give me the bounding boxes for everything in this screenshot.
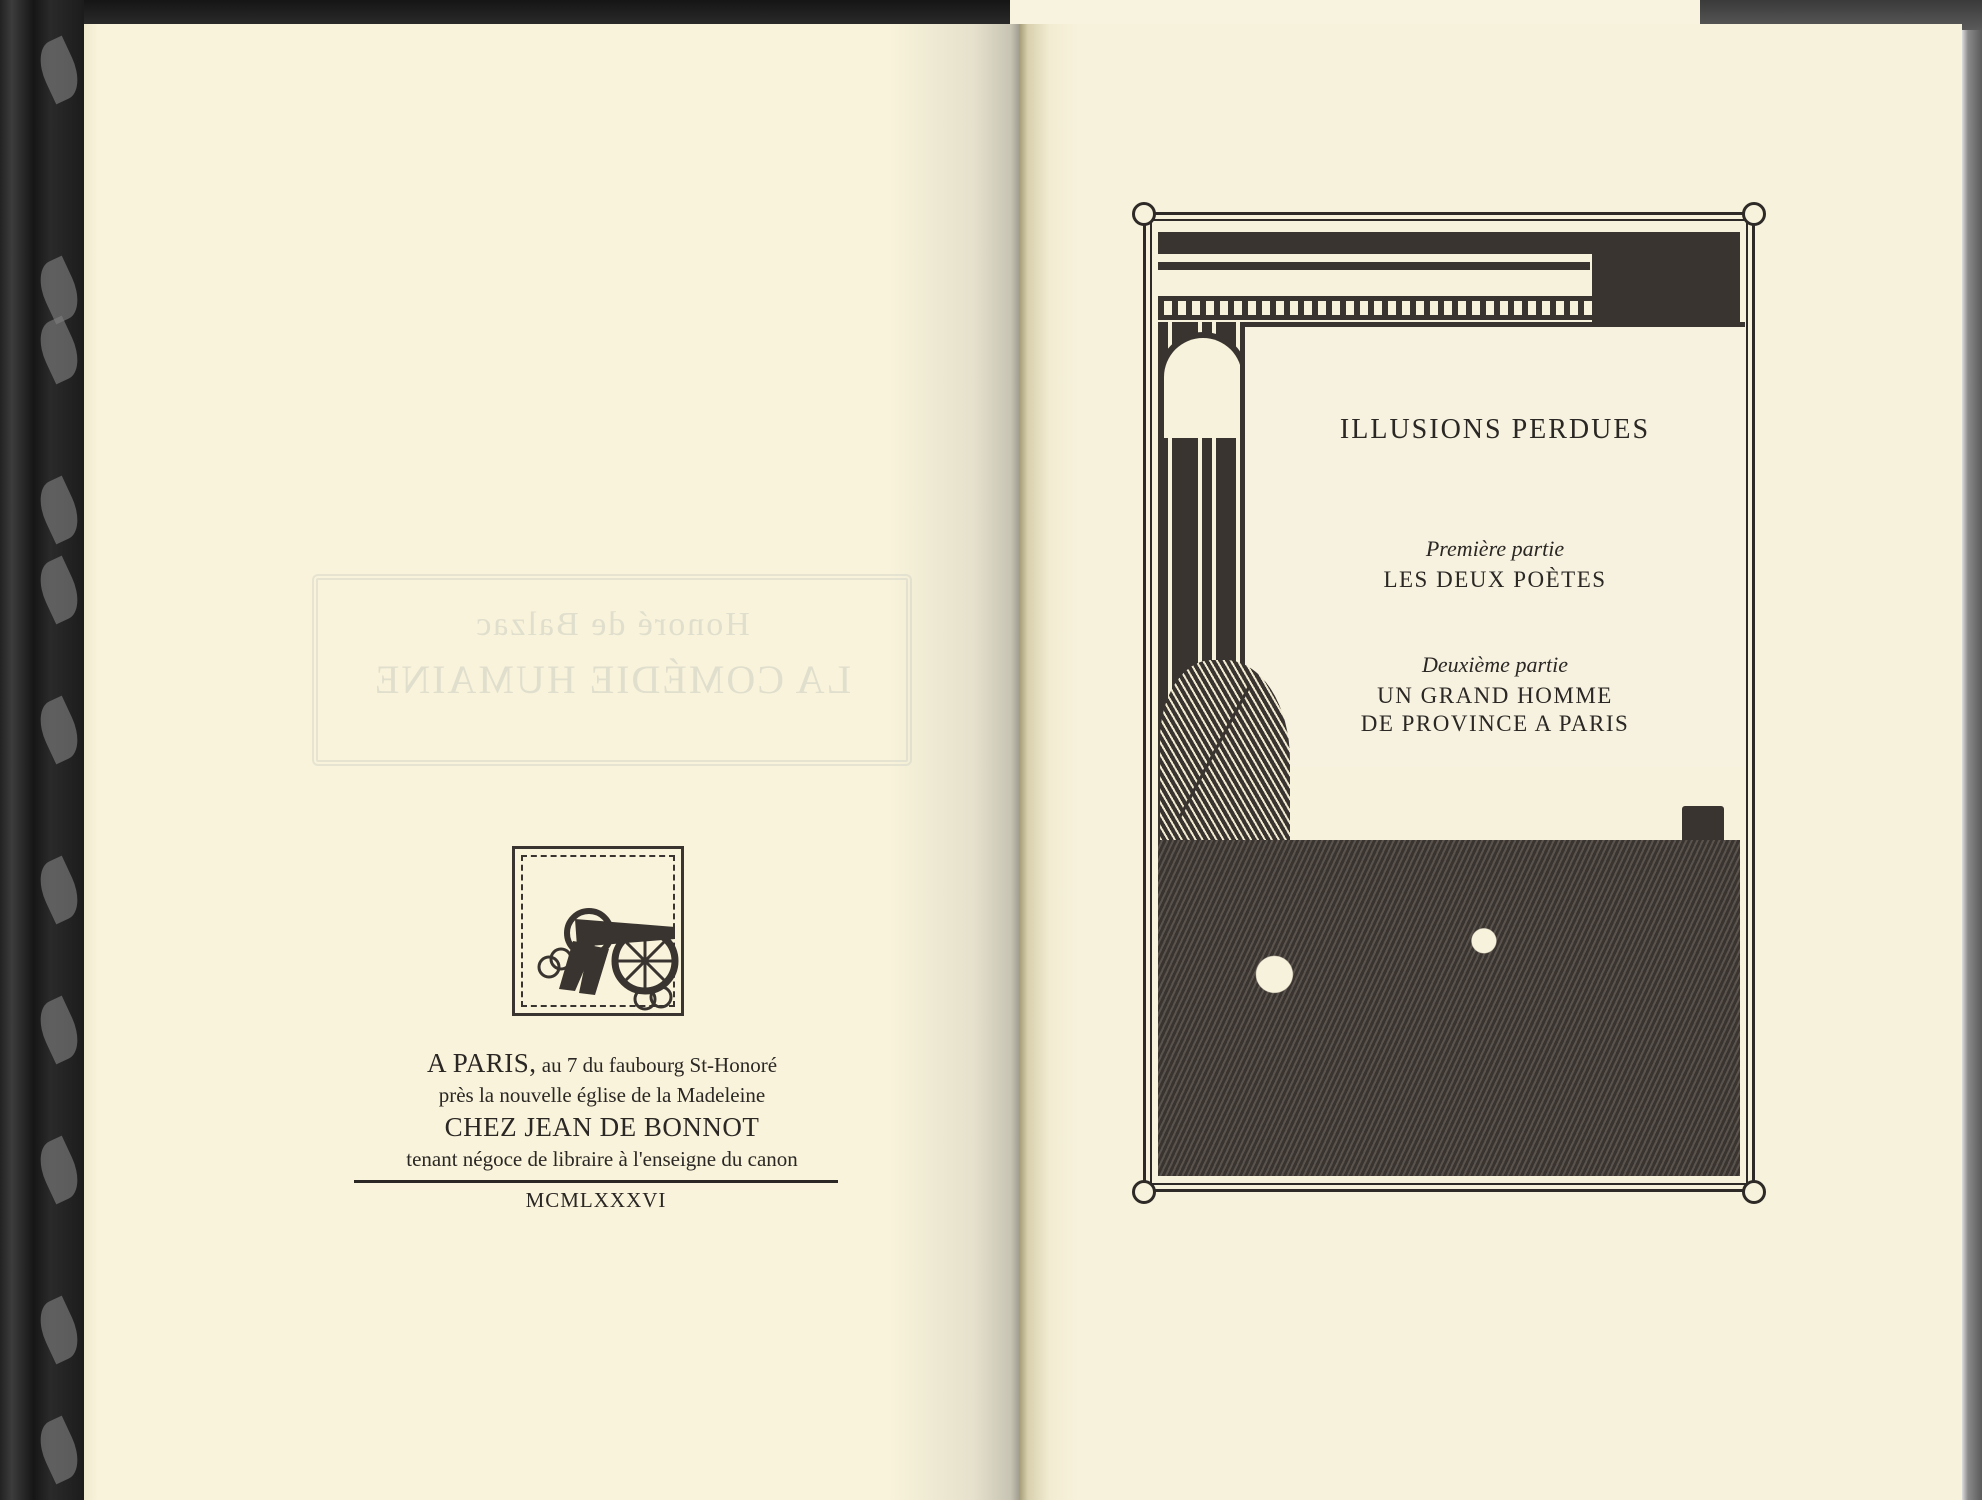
book-title: ILLUSIONS PERDUES: [1250, 414, 1740, 446]
engraving-dentil-molding: [1158, 296, 1598, 320]
engraving-window-arch: [1158, 332, 1248, 438]
leaf-ornament-icon: [31, 316, 87, 385]
engraving-cornice: [1158, 232, 1598, 254]
leaf-ornament-icon: [31, 696, 87, 765]
engraving-crowd: [1158, 840, 1740, 1176]
show-through-author: Honoré de Balzac: [312, 606, 912, 644]
leaf-ornament-icon: [31, 476, 87, 545]
show-through-title: LA COMÉDIE HUMAINE: [312, 656, 912, 703]
frame-corner-ornament: [1132, 1180, 1156, 1204]
frame-corner-ornament: [1742, 1180, 1766, 1204]
imprint-rule: [354, 1180, 838, 1183]
leaf-ornament-icon: [31, 1296, 87, 1365]
engraving-cornice-block: [1592, 232, 1740, 328]
book-spine: [0, 0, 84, 1500]
part-one-title: LES DEUX POÈTES: [1250, 566, 1740, 594]
engraving-cornice-band: [1158, 262, 1590, 270]
imprint-address: A PARIS, au 7 du faubourg St-Honoré: [354, 1048, 850, 1080]
imprint-year: MCMLXXXVI: [354, 1188, 838, 1213]
leaf-ornament-icon: [31, 856, 87, 925]
part-two-label: Deuxième partie: [1250, 652, 1740, 678]
cannon-icon: [515, 849, 681, 1013]
part-two-title-line1: UN GRAND HOMME: [1250, 682, 1740, 710]
imprint-publisher: CHEZ JEAN DE BONNOT: [354, 1110, 850, 1144]
leaf-ornament-icon: [31, 36, 87, 105]
leaf-ornament-icon: [31, 556, 87, 625]
leaf-ornament-icon: [31, 1416, 87, 1485]
leaf-ornament-icon: [31, 1136, 87, 1205]
imprint-location: près la nouvelle église de la Madeleine: [354, 1080, 850, 1110]
book-cover-top-edge: [0, 0, 1010, 26]
frame-corner-ornament: [1742, 202, 1766, 226]
book-cover-right-edge: [1962, 30, 1982, 1500]
leaf-ornament-icon: [31, 996, 87, 1065]
frame-corner-ornament: [1132, 202, 1156, 226]
publisher-imprint: A PARIS, au 7 du faubourg St-Honoré près…: [354, 1048, 850, 1174]
leaf-ornament-icon: [31, 256, 87, 325]
part-two-title-line2: DE PROVINCE A PARIS: [1250, 710, 1740, 738]
part-one-label: Première partie: [1250, 536, 1740, 562]
imprint-trade: tenant négoce de libraire à l'enseigne d…: [354, 1144, 850, 1174]
cannon-emblem: [512, 846, 684, 1016]
